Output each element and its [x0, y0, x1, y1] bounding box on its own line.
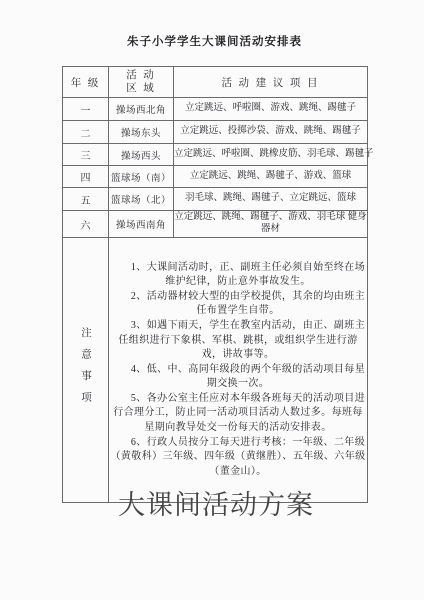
activities-cell: 立定跳远、跳绳、踢毽子、游戏、羽毛球 健身器材	[174, 211, 368, 238]
document-title: 朱子小学学生大课间活动安排表	[62, 33, 367, 49]
header-area: 活 动 区 域	[109, 67, 174, 98]
grade-cell: 六	[63, 211, 109, 238]
activities-cell: 羽毛球、跳绳、踢毽子、立定跳远、篮球	[174, 188, 368, 211]
header-activities: 活 动 建 议 项 目	[174, 67, 368, 98]
grade-cell: 二	[63, 121, 109, 144]
activities-cell: 立定跳远、跳绳、踢毽子、游戏、篮球	[174, 166, 368, 188]
activity-schedule-table: 年 级 活 动 区 域 活 动 建 议 项 目 一 操场西北角 立定跳远、呼啦圈…	[62, 66, 368, 503]
grade-cell: 三	[63, 144, 109, 166]
table-row: 六 操场西南角 立定跳远、跳绳、踢毽子、游戏、羽毛球 健身器材	[63, 211, 368, 238]
area-cell: 篮球场（北）	[109, 188, 174, 211]
area-cell: 操场西头	[109, 144, 174, 166]
note-item: 6、行政人员按分工每天进行考核：一年级、二年级（黄敬科）三年级、四年级（黄继胜）…	[109, 436, 367, 480]
notes-row: 注意事项 1、大课间活动时，正、副班主任必须自始至终在场维护纪律，防止意外事故发…	[63, 238, 368, 503]
grade-cell: 四	[63, 166, 109, 188]
table-header-row: 年 级 活 动 区 域 活 动 建 议 项 目	[63, 67, 368, 98]
notes-cell: 1、大课间活动时，正、副班主任必须自始至终在场维护纪律，防止意外事故发生。 2、…	[109, 238, 368, 503]
note-item: 5、各办公室主任应对本年级各班每天的活动项目进行合理分工，防止同一活动项目活动人…	[109, 392, 367, 436]
table-row: 四 篮球场（南） 立定跳远、跳绳、踢毽子、游戏、篮球	[63, 166, 368, 188]
area-cell: 操场西北角	[109, 98, 174, 121]
note-item: 3、如遇下雨天，学生在教室内活动，由正、副班主任组织进行下象棋、军棋、跳棋，或组…	[109, 319, 367, 363]
area-cell: 篮球场（南）	[109, 166, 174, 188]
table-row: 一 操场西北角 立定跳远、呼啦圈、游戏、跳绳、踢毽子	[63, 98, 368, 121]
activities-cell: 立定跳远、呼啦圈、游戏、跳绳、踢毽子	[174, 98, 368, 121]
activities-cell: 立定跳远、投掷沙袋、游戏、跳绳、踢毽子	[174, 121, 368, 144]
watermark-text: 大课间活动方案	[118, 483, 314, 522]
table-row: 二 操场东头 立定跳远、投掷沙袋、游戏、跳绳、踢毽子	[63, 121, 368, 144]
header-grade: 年 级	[63, 67, 109, 98]
table-row: 五 篮球场（北） 羽毛球、跳绳、踢毽子、立定跳远、篮球	[63, 188, 368, 211]
grade-cell: 五	[63, 188, 109, 211]
grade-cell: 一	[63, 98, 109, 121]
note-item: 4、低、中、高同年级段的两个年级的活动项目每星期交换一次。	[109, 363, 367, 392]
activities-cell: 立定跳远、呼啦圈、跳橡皮筋、羽毛球、踢毽子	[174, 144, 368, 166]
area-cell: 操场东头	[109, 121, 174, 144]
notes-label: 注意事项	[78, 327, 93, 413]
document-page: 朱子小学学生大课间活动安排表 年 级 活 动 区 域 活 动 建 议 项 目 一…	[0, 0, 424, 600]
table-row: 三 操场西头 立定跳远、呼啦圈、跳橡皮筋、羽毛球、踢毽子	[63, 144, 368, 166]
note-item: 1、大课间活动时，正、副班主任必须自始至终在场维护纪律，防止意外事故发生。	[109, 261, 367, 290]
area-cell: 操场西南角	[109, 211, 174, 238]
notes-label-cell: 注意事项	[63, 238, 109, 503]
note-item: 2、活动器材较大型的由学校提供，其余的均由班主任布置学生自带。	[109, 290, 367, 319]
